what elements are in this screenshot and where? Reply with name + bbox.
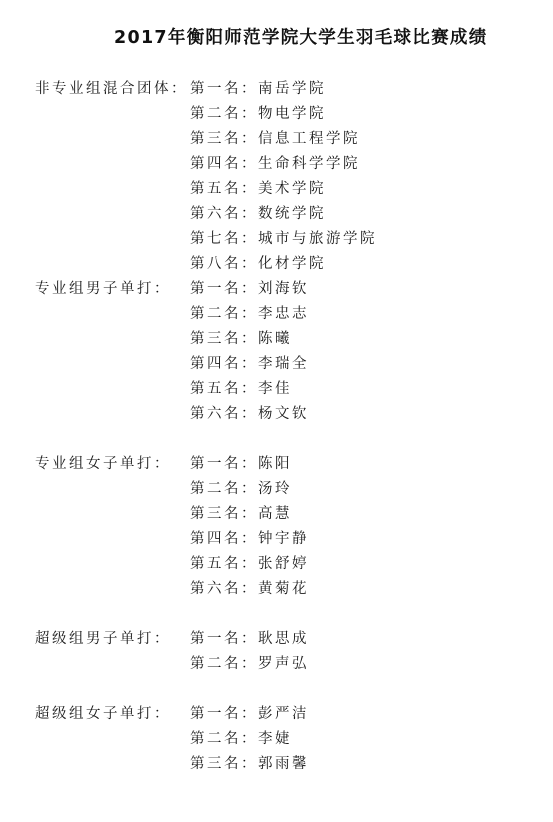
rank-label: 第三名：: [190, 127, 258, 151]
result-name: 李婕: [258, 727, 292, 751]
result-name: 耿思成: [258, 627, 309, 651]
result-name: 陈曦: [258, 327, 292, 351]
rank-label: 第四名：: [190, 527, 258, 551]
rank-label: 第一名：: [190, 627, 258, 651]
rank-label: 第五名：: [190, 177, 258, 201]
result-name: 黄菊花: [258, 577, 309, 601]
rank-label: 第一名：: [190, 277, 258, 301]
rank-label: 第四名：: [190, 152, 258, 176]
result-name: 信息工程学院: [258, 127, 360, 151]
rank-label: 第六名：: [190, 402, 258, 426]
result-name: 物电学院: [258, 102, 326, 126]
category-label: 非专业组混合团体：: [35, 77, 188, 101]
rank-label: 第六名：: [190, 202, 258, 226]
category-label: 专业组男子单打：: [35, 277, 171, 301]
result-name: 数统学院: [258, 202, 326, 226]
rank-label: 第三名：: [190, 502, 258, 526]
result-name: 杨文钦: [258, 402, 309, 426]
rank-label: 第二名：: [190, 102, 258, 126]
rank-label: 第二名：: [190, 652, 258, 676]
rank-label: 第七名：: [190, 227, 258, 251]
result-name: 李佳: [258, 377, 292, 401]
category-label: 超级组男子单打：: [35, 627, 171, 651]
rank-label: 第二名：: [190, 477, 258, 501]
rank-label: 第一名：: [190, 452, 258, 476]
result-name: 罗声弘: [258, 652, 309, 676]
result-name: 高慧: [258, 502, 292, 526]
rank-label: 第五名：: [190, 552, 258, 576]
result-name: 美术学院: [258, 177, 326, 201]
rank-label: 第八名：: [190, 252, 258, 276]
rank-label: 第一名：: [190, 702, 258, 726]
rank-label: 第六名：: [190, 577, 258, 601]
rank-label: 第二名：: [190, 727, 258, 751]
document-title: 2017年衡阳师范学院大学生羽毛球比赛成绩: [114, 24, 488, 49]
result-name: 南岳学院: [258, 77, 326, 101]
rank-label: 第五名：: [190, 377, 258, 401]
result-name: 化材学院: [258, 252, 326, 276]
result-name: 李忠志: [258, 302, 309, 326]
result-name: 钟宇静: [258, 527, 309, 551]
result-name: 郭雨馨: [258, 752, 309, 776]
rank-label: 第二名：: [190, 302, 258, 326]
category-label: 超级组女子单打：: [35, 702, 171, 726]
rank-label: 第三名：: [190, 327, 258, 351]
result-name: 陈阳: [258, 452, 292, 476]
result-name: 刘海钦: [258, 277, 309, 301]
result-name: 彭严洁: [258, 702, 309, 726]
rank-label: 第三名：: [190, 752, 258, 776]
result-name: 城市与旅游学院: [258, 227, 377, 251]
result-name: 汤玲: [258, 477, 292, 501]
result-name: 张舒婷: [258, 552, 309, 576]
result-name: 生命科学学院: [258, 152, 360, 176]
category-label: 专业组女子单打：: [35, 452, 171, 476]
result-name: 李瑞全: [258, 352, 309, 376]
rank-label: 第一名：: [190, 77, 258, 101]
rank-label: 第四名：: [190, 352, 258, 376]
